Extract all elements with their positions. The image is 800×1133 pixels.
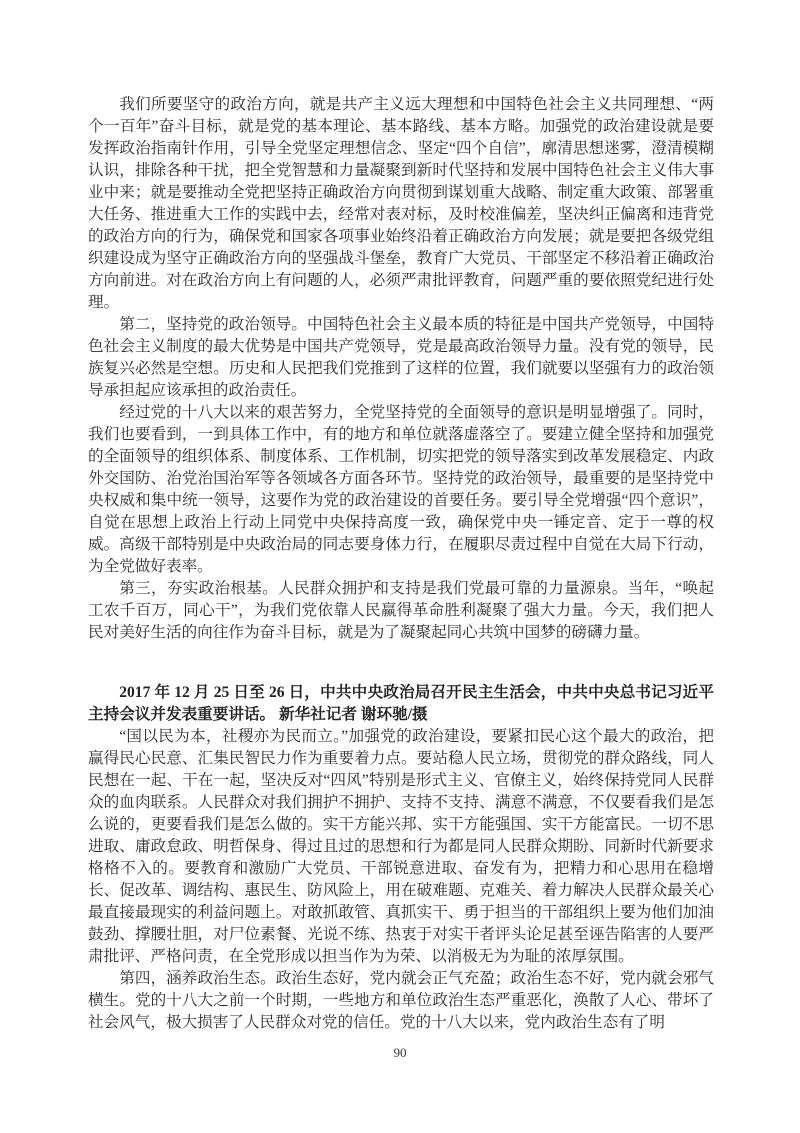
- document-page: 我们所要坚守的政治方向，就是共产主义远大理想和中国特色社会主义共同理想、“两个一…: [0, 0, 800, 1133]
- body-paragraph-fourth-point: 第四，涵养政治生态。政治生态好，党内就会正气充盈；政治生态不好，党内就会邪气横生…: [88, 968, 714, 1034]
- body-paragraph-third-point: 第三，夯实政治根基。人民群众拥护和支持是我们党最可靠的力量源泉。当年，“唤起工农…: [88, 578, 714, 644]
- body-paragraph-overall-leadership: 经过党的十八大以来的艰苦努力，全党坚持党的全面领导的意识是明显增强了。同时，我们…: [88, 402, 714, 578]
- body-paragraph-second-point: 第二，坚持党的政治领导。中国特色社会主义最本质的特征是中国共产党领导，中国特色社…: [88, 314, 714, 402]
- body-paragraph-political-direction: 我们所要坚守的政治方向，就是共产主义远大理想和中国特色社会主义共同理想、“两个一…: [88, 94, 714, 314]
- body-paragraph-people-quote: “国以民为本，社稷亦为民而立。”加强党的政治建设，要紧扣民心这个最大的政治，把赢…: [88, 726, 714, 968]
- page-number: 90: [0, 1044, 800, 1062]
- page-text-block: 我们所要坚守的政治方向，就是共产主义远大理想和中国特色社会主义共同理想、“两个一…: [88, 94, 714, 1034]
- photo-caption: 2017 年 12 月 25 日至 26 日，中共中央政治局召开民主生活会，中共…: [88, 682, 714, 726]
